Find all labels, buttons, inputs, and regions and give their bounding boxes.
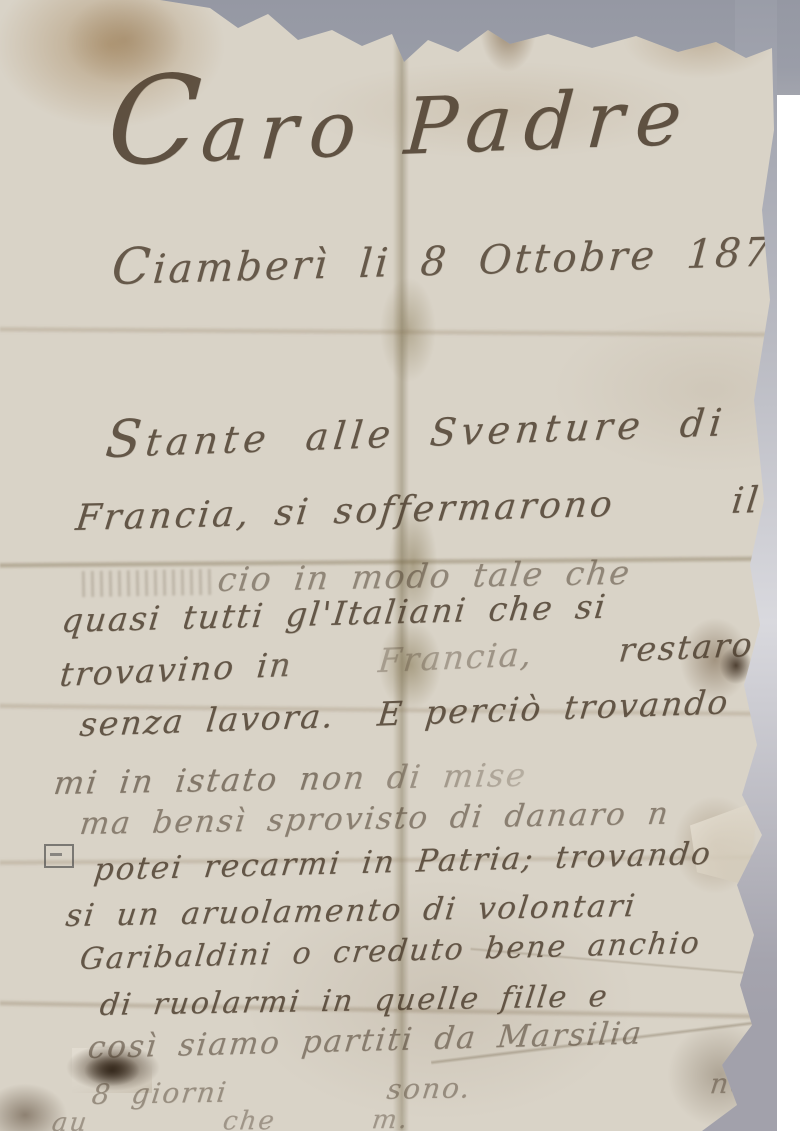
letter-line: così siamo partiti da Marsilia [86, 1015, 645, 1066]
letter-line-fragment: 8 giorni sono. ne [90, 1066, 751, 1111]
rubbed-out-word [82, 569, 214, 597]
dateline-text: Ciamberì li 8 Ottobre 1870 [110, 219, 800, 296]
horizontal-fold-crease [0, 325, 780, 338]
letter-line: potei recarmi in Patria; trovando [92, 836, 714, 888]
letter-line: Stante alle Sventure di [103, 388, 730, 470]
letter-line: ma bensì sprovisto di danaro n [78, 796, 672, 842]
letter-line: senza lavora. E perciò trovando [78, 682, 732, 744]
letter-line: mi in istato non di mise [52, 756, 530, 802]
letter-line: si un aruolamento di volontari [64, 888, 639, 934]
letter-line: di ruolarmi in quelle fille e [98, 979, 611, 1023]
letter-line: Francia, si soffermarono il [74, 480, 764, 539]
letter-line-fragment: au che m. [50, 1105, 411, 1131]
letter-line: Garibaldini o creduto bene anchio [78, 926, 703, 977]
archival-pencil-mark [44, 844, 74, 868]
letter-paper: Caro Padre Ciamberì li 8 Ottobre 1870 St… [0, 0, 800, 1131]
letter-photograph: Caro Padre Ciamberì li 8 Ottobre 1870 St… [0, 0, 800, 1131]
archival-pencil-mark-stroke [50, 853, 62, 856]
